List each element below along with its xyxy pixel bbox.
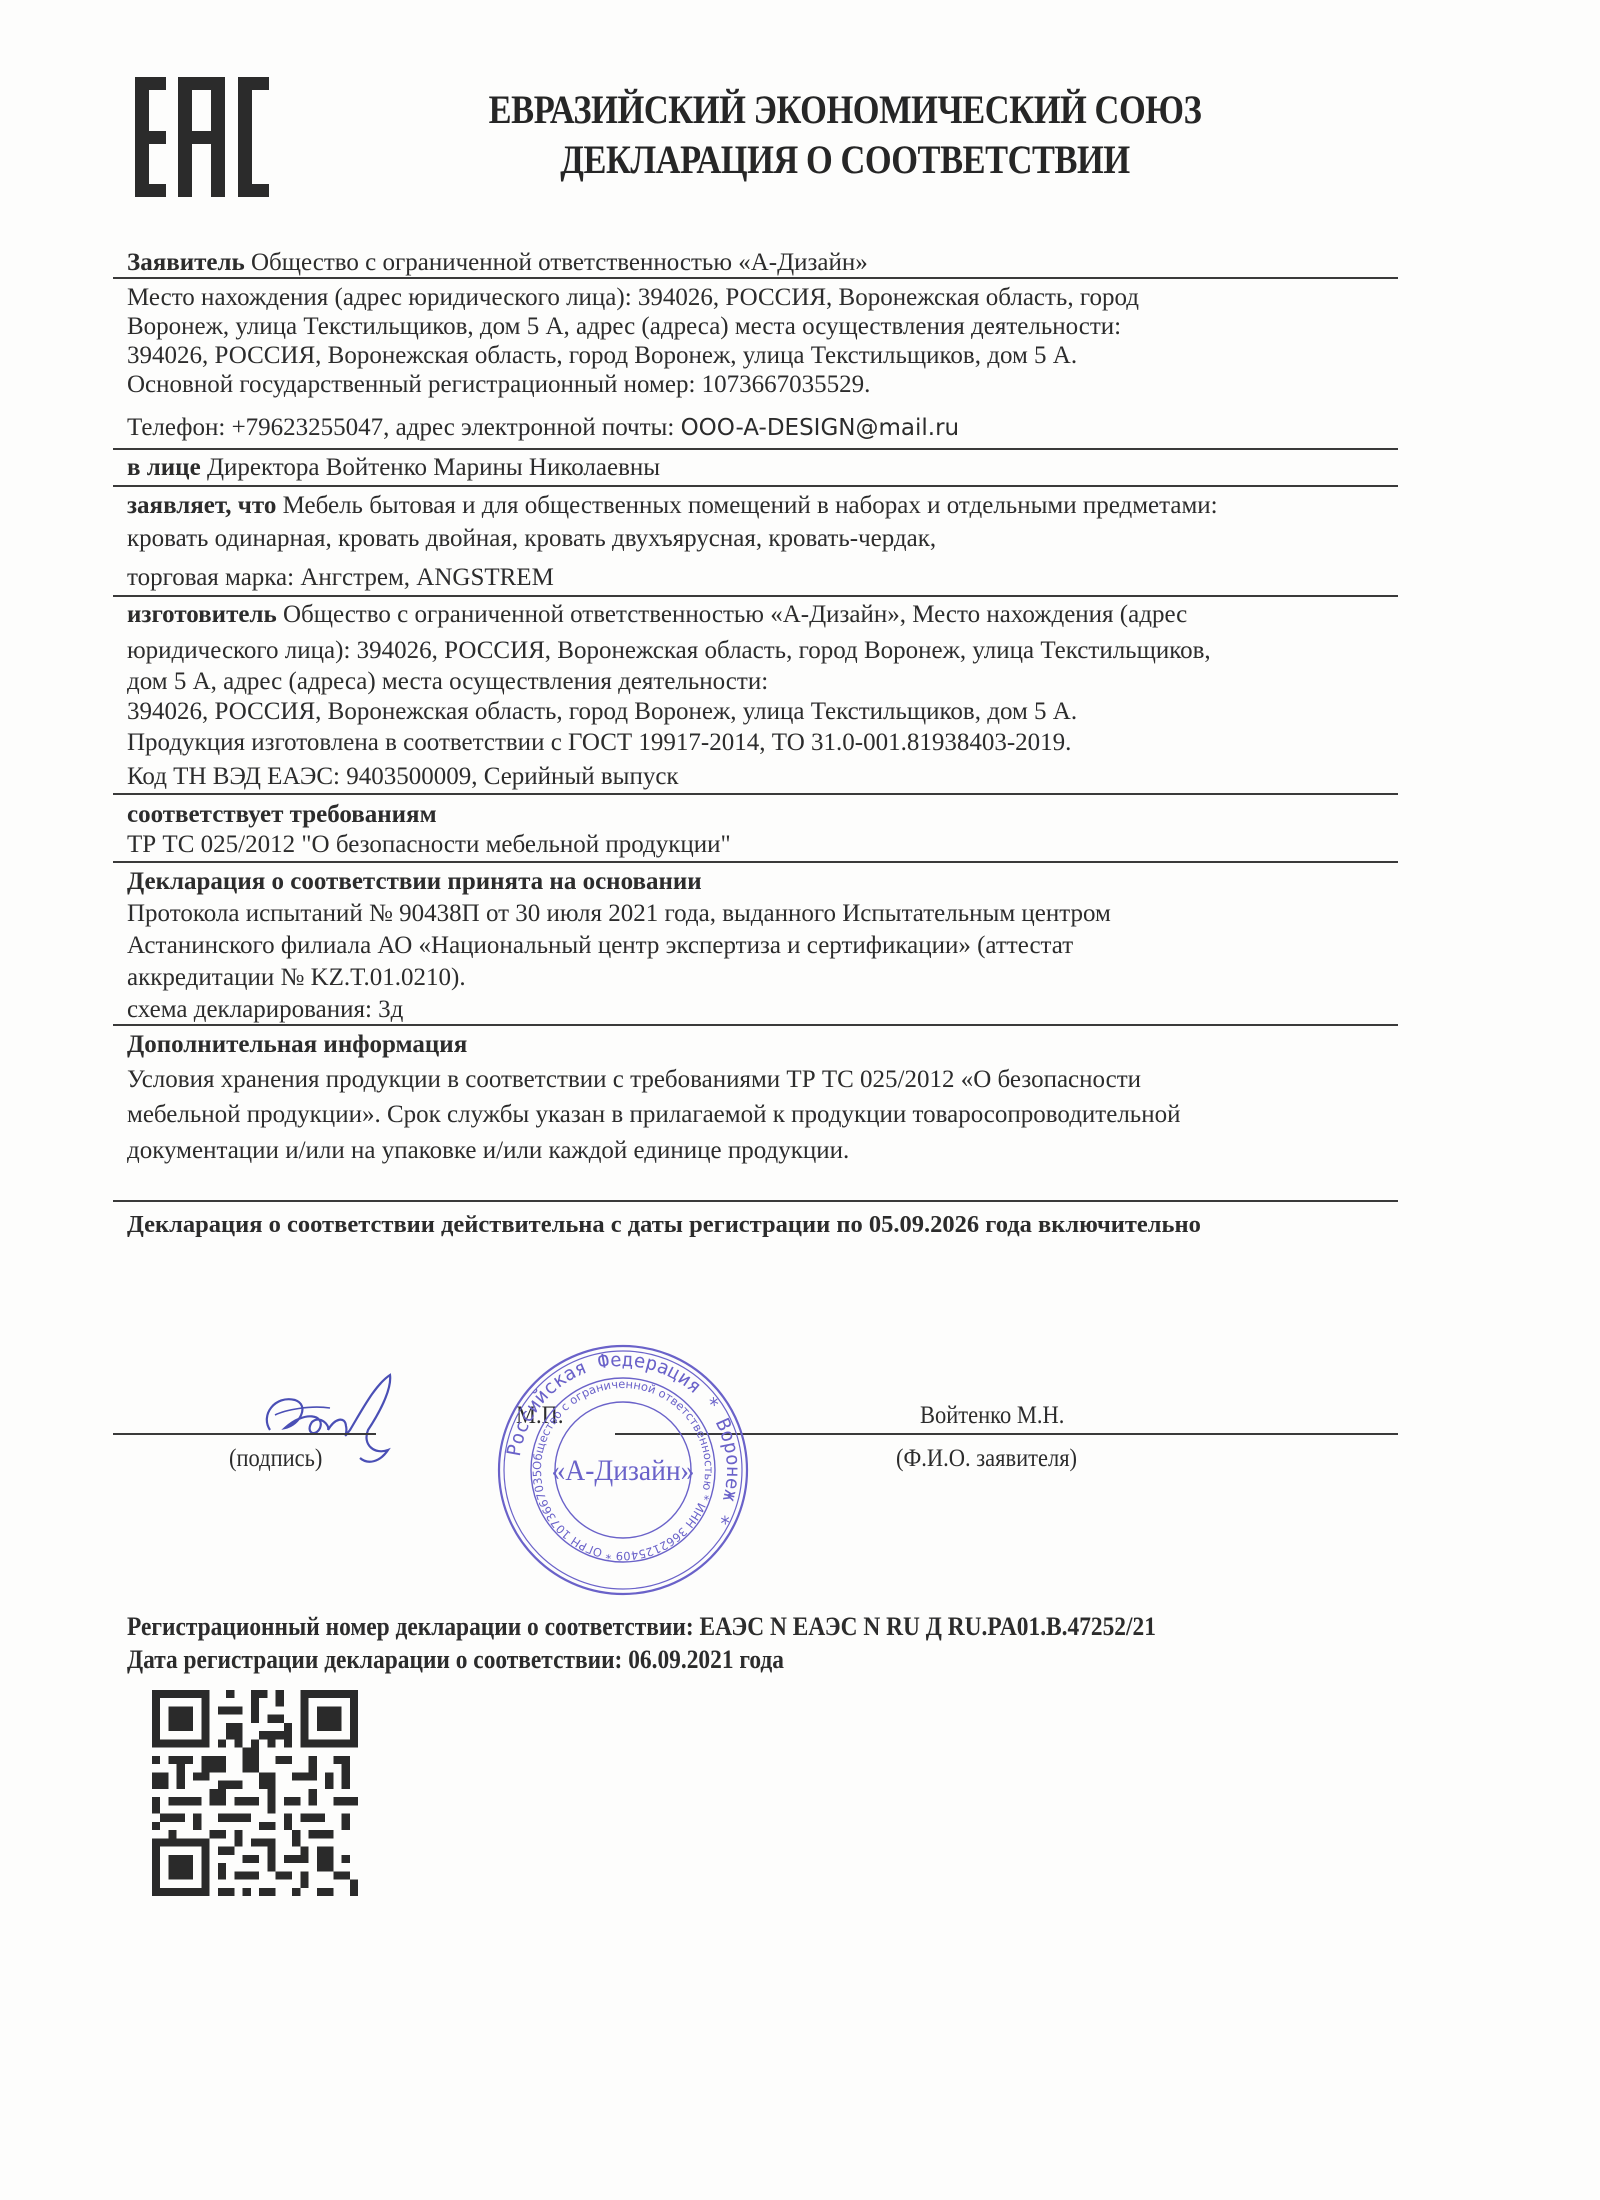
manufacturer-line-1: Общество с ограниченной ответственностью… [277, 601, 1188, 628]
additional-line-3: документации и/или на упаковке и/или каж… [127, 1136, 849, 1165]
manufacturer-gost: Продукция изготовлена в соответствии с Г… [127, 728, 1071, 757]
manufacturer-line-4: 394026, РОССИЯ, Воронежская область, гор… [127, 697, 1077, 726]
basis-line-3: аккредитации № KZ.T.01.0210). [127, 963, 466, 992]
registration-number-row: Регистрационный номер декларации о соотв… [127, 1612, 1156, 1641]
declares-trademark: торговая марка: Ангстрем, ANGSTREM [127, 563, 554, 592]
qr-code-icon[interactable] [152, 1690, 358, 1896]
divider [113, 485, 1398, 487]
registration-number-label: Регистрационный номер декларации о соотв… [127, 1612, 700, 1641]
applicant-phone: Телефон: +79623255047, адрес электронной… [127, 414, 681, 441]
additional-line-2: мебельной продукции». Срок службы указан… [127, 1100, 1180, 1129]
applicant-email: OOO-A-DESIGN@mail.ru [681, 415, 960, 441]
basis-scheme: схема декларирования: 3д [127, 995, 403, 1024]
applicant-name: Общество с ограниченной ответственностью… [245, 249, 868, 276]
additional-line-1: Условия хранения продукции в соответстви… [127, 1065, 1141, 1094]
divider [113, 861, 1398, 863]
signature-line [113, 1433, 376, 1435]
basis-line-1: Протокола испытаний № 90438П от 30 июля … [127, 899, 1111, 928]
conforms-label: соответствует требованиям [127, 800, 437, 829]
registration-number: ЕАЭС N ЕАЭС N RU Д RU.PA01.B.47252/21 [700, 1612, 1156, 1641]
applicant-row: Заявитель Общество с ограниченной ответс… [127, 248, 868, 277]
additional-label: Дополнительная информация [127, 1030, 467, 1059]
title-union: ЕВРАЗИЙСКИЙ ЭКОНОМИЧЕСКИЙ СОЮЗ [480, 86, 1211, 134]
applicant-address-1: Место нахождения (адрес юридического лиц… [127, 283, 1139, 312]
applicant-label: Заявитель [127, 249, 245, 276]
svg-text:«А-Дизайн»: «А-Дизайн» [551, 1454, 694, 1487]
basis-line-2: Астанинского филиала АО «Национальный це… [127, 931, 1073, 960]
signature-caption: (подпись) [229, 1444, 322, 1473]
applicant-ogrn: Основной государственный регистрационный… [127, 370, 870, 399]
manufacturer-row: изготовитель Общество с ограниченной отв… [127, 600, 1187, 629]
applicant-address-2: Воронеж, улица Текстильщиков, дом 5 А, а… [127, 312, 1121, 341]
declares-row: заявляет, что Мебель бытовая и для общес… [127, 491, 1218, 520]
divider [113, 1200, 1398, 1202]
divider [113, 595, 1398, 597]
applicant-short-name: Войтенко М.Н. [920, 1401, 1064, 1430]
registration-date-row: Дата регистрации декларации о соответств… [127, 1645, 784, 1674]
basis-label: Декларация о соответствии принята на осн… [127, 867, 702, 896]
title-declaration: ДЕКЛАРАЦИЯ О СООТВЕТСТВИИ [480, 136, 1211, 184]
divider [113, 793, 1398, 795]
declares-label: заявляет, что [127, 492, 276, 519]
declares-line-2: кровать одинарная, кровать двойная, кров… [127, 524, 936, 553]
manufacturer-tnved: Код ТН ВЭД ЕАЭС: 9403500009, Серийный вы… [127, 762, 679, 791]
company-stamp-icon: Российская Федерация * Воронеж * Обществ… [496, 1343, 750, 1597]
validity-statement: Декларация о соответствии действительна … [127, 1210, 1201, 1239]
registration-date-label: Дата регистрации декларации о соответств… [127, 1645, 628, 1674]
eac-logo [135, 77, 269, 197]
conforms-value: ТР ТС 025/2012 "О безопасности мебельной… [127, 830, 731, 859]
manufacturer-label: изготовитель [127, 601, 277, 628]
divider [113, 448, 1398, 450]
divider [113, 277, 1398, 279]
represented-value: Директора Войтенко Марины Николаевны [201, 454, 660, 481]
represented-row: в лице Директора Войтенко Марины Николае… [127, 453, 660, 482]
applicant-address-3: 394026, РОССИЯ, Воронежская область, гор… [127, 341, 1077, 370]
manufacturer-line-2: юридического лица): 394026, РОССИЯ, Воро… [127, 636, 1211, 665]
divider [113, 1024, 1398, 1026]
represented-label: в лице [127, 454, 201, 481]
name-caption: (Ф.И.О. заявителя) [896, 1444, 1077, 1473]
manufacturer-line-3: дом 5 А, адрес (адреса) места осуществле… [127, 667, 768, 696]
registration-date: 06.09.2021 года [628, 1645, 784, 1674]
applicant-contacts: Телефон: +79623255047, адрес электронной… [127, 413, 959, 443]
declares-line-1: Мебель бытовая и для общественных помеще… [276, 492, 1217, 519]
